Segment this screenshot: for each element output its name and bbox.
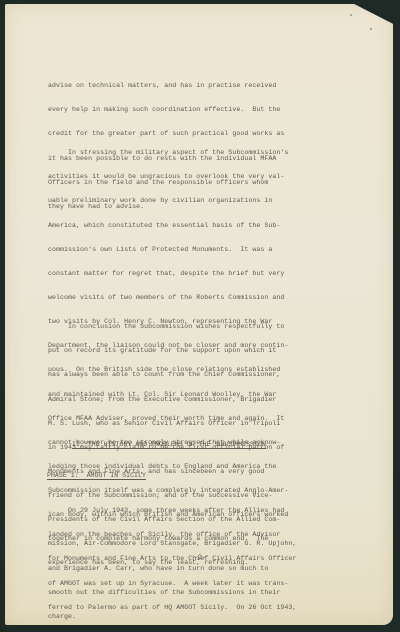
text-line: welcome visits of two members of the Rob…: [48, 294, 348, 302]
paper-speck: [350, 14, 352, 16]
text-line: advise on technical matters, and has in …: [48, 82, 348, 90]
text-line: activities it would be ungracious to ove…: [48, 173, 348, 181]
text-line: ferred to Palermo as part of HQ AMGOT Si…: [48, 604, 348, 612]
text-line: commission's own Lists of Protected Monu…: [48, 246, 348, 254]
text-line: constant matter for regret that, despite…: [48, 270, 348, 278]
text-line: America, which constituted the essential…: [48, 222, 348, 230]
page-number: -2-: [0, 554, 400, 561]
text-line: put on record its gratitude for the supp…: [48, 347, 348, 355]
text-line: On 29 July 1943, some three weeks after …: [48, 507, 348, 515]
text-line: In conclusion the Subcommission wishes r…: [48, 323, 348, 331]
text-line: has always been able to count from the C…: [48, 371, 348, 379]
text-line: Admiral Stone; from the Executive Commis…: [48, 396, 348, 404]
phase-heading: PHASE 1: AMGOT IN SICILY: [47, 472, 146, 479]
section-heading: II. THE HISTORY AND PROBLEMS OF THE SUBC…: [72, 441, 266, 448]
text-line: M. S. Lush, who as Senior Civil Affairs …: [48, 420, 348, 428]
text-line: uable preliminary work done by civilian …: [48, 197, 348, 205]
text-line: In stressing the military aspect of the …: [48, 149, 348, 157]
text-line: landed on the beaches of Sicily, the off…: [48, 531, 348, 539]
text-line: every help in making such coordination e…: [48, 106, 348, 114]
paper-speck: [370, 28, 372, 30]
text-line: of AMGOT was set up in Syracuse. A week …: [48, 580, 348, 588]
